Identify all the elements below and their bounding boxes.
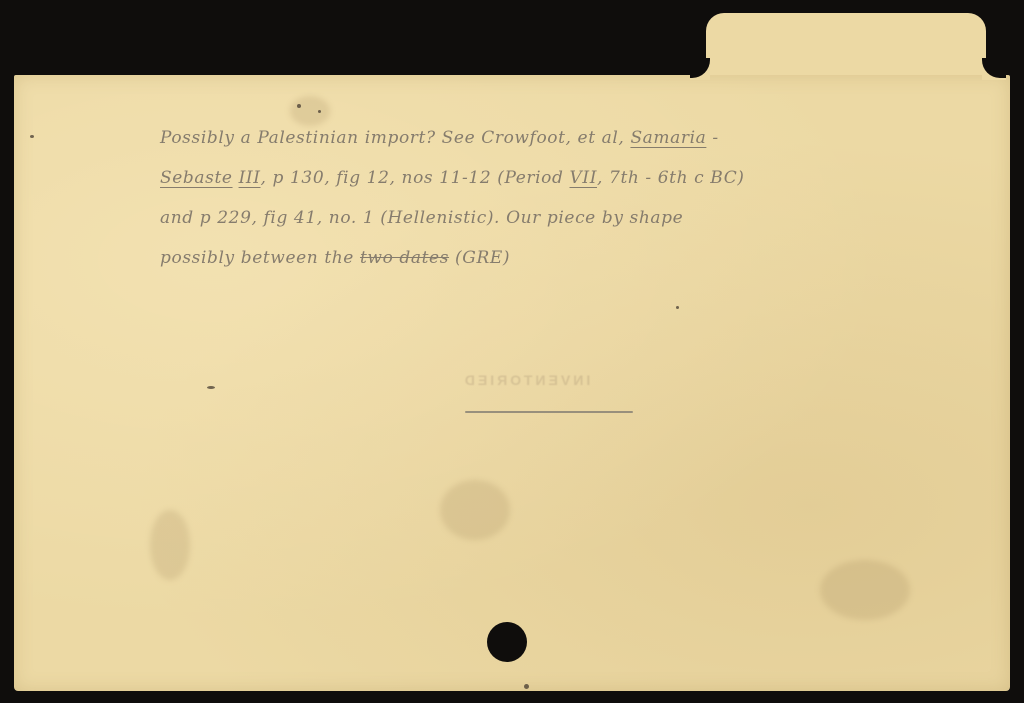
note-volume: III <box>239 168 261 188</box>
note-initials: (GRE) <box>449 248 510 268</box>
note-period: VII <box>570 168 598 188</box>
handwritten-notes: Possibly a Palestinian import? See Crowf… <box>160 118 980 278</box>
speck <box>207 386 215 389</box>
note-line-3: and p 229, fig 41, no. 1 (Hellenistic). … <box>160 198 980 238</box>
note-text: Possibly a Palestinian import? See Crowf… <box>160 128 630 148</box>
speck <box>676 306 679 309</box>
speck <box>297 104 301 108</box>
note-text: , 7th - 6th c BC) <box>597 168 745 188</box>
smudge <box>440 480 510 540</box>
note-struck-text: two dates <box>360 248 449 268</box>
note-text: - <box>706 128 718 148</box>
smudge <box>150 510 190 580</box>
note-title-sebaste: Sebaste <box>160 168 233 188</box>
note-text: possibly between the <box>160 248 360 268</box>
speck <box>318 110 321 113</box>
punch-hole <box>487 622 527 662</box>
note-line-4: possibly between the two dates (GRE) <box>160 238 980 278</box>
speck <box>30 135 34 138</box>
note-title-samaria: Samaria <box>630 128 706 148</box>
smudge <box>820 560 910 620</box>
note-line-2: Sebaste III, p 130, fig 12, nos 11-12 (P… <box>160 158 980 198</box>
ghost-stamp: INVENTORIED <box>410 372 642 388</box>
speck <box>524 684 529 689</box>
pencil-line <box>465 411 633 413</box>
note-line-1: Possibly a Palestinian import? See Crowf… <box>160 118 980 158</box>
note-text: , p 130, fig 12, nos 11-12 (Period <box>261 168 570 188</box>
